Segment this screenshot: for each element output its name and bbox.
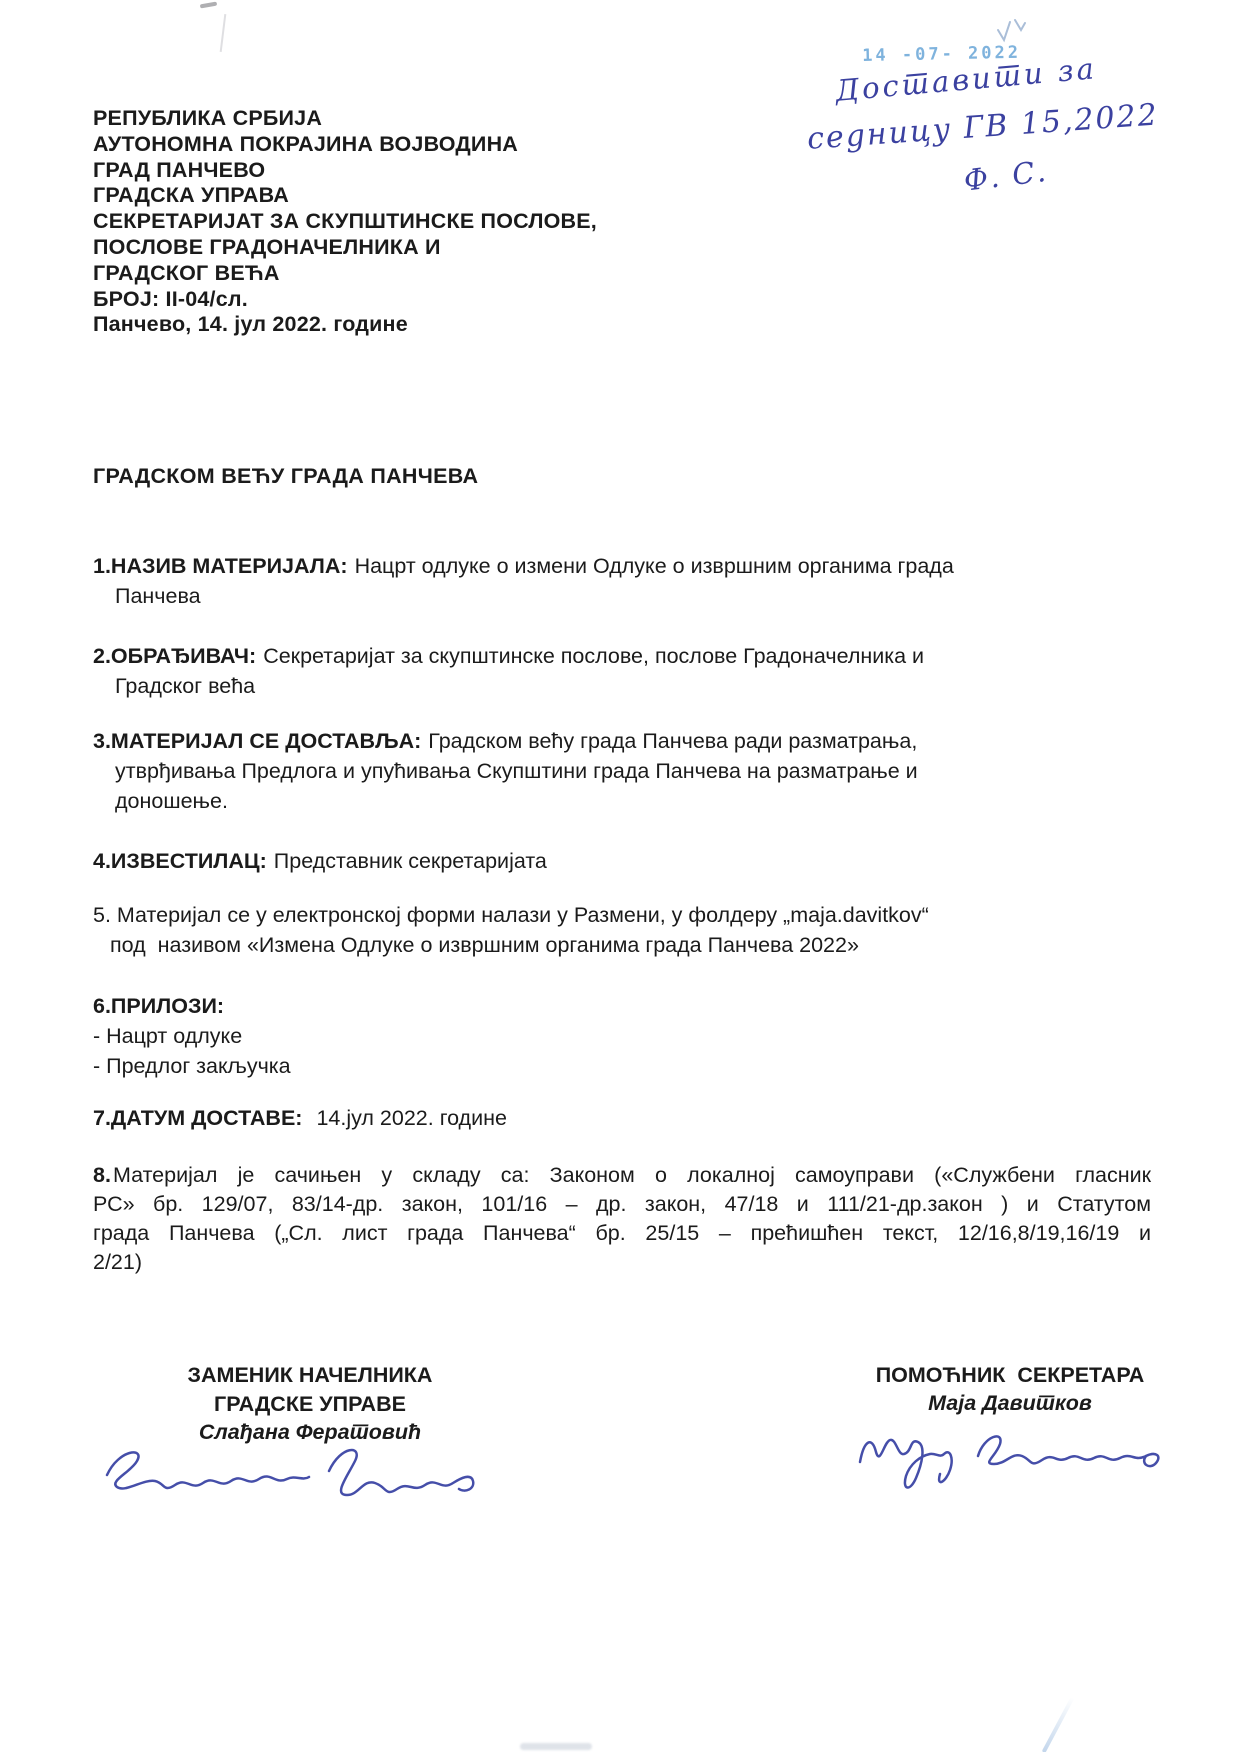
item-1-material-name: 1.НАЗИВ МАТЕРИЈАЛА:Нацрт одлуке о измени…: [93, 551, 1151, 611]
signatory-role-line: ЗАМЕНИК НАЧЕЛНИКА: [148, 1361, 472, 1390]
item-3-delivered-to: 3.МАТЕРИЈАЛ СЕ ДОСТАВЉА:Градском већу гр…: [93, 726, 1151, 816]
item-6-attachments: 6.ПРИЛОЗИ: - Нацрт одлуке - Предлог закљ…: [93, 991, 1151, 1081]
item-text-line: доношење.: [115, 786, 1151, 816]
item-text: Нацрт одлуке о измени Одлуке о извршним …: [355, 554, 954, 578]
item-label: 6.ПРИЛОЗИ:: [93, 994, 224, 1018]
letterhead: РЕПУБЛИКА СРБИЈА АУТОНОМНА ПОКРАЈИНА ВОЈ…: [93, 106, 597, 338]
signature-maja-davitkov: [850, 1410, 1180, 1500]
letterhead-line-secretariat-3: ГРАДСКОГ ВЕЋА: [93, 261, 597, 287]
handwritten-note-line-2: седницу ГВ 15,2022: [806, 97, 1160, 156]
addressee-title: ГРАДСКОМ ВЕЋУ ГРАДА ПАНЧЕВА: [93, 464, 478, 489]
letterhead-line-republic: РЕПУБЛИКА СРБИЈА: [93, 106, 597, 132]
pen-scribble-mark: [995, 14, 1029, 46]
item-label: 8.: [93, 1163, 111, 1187]
item-text: Секретаријат за скупштинске послове, пос…: [263, 644, 924, 668]
signatory-role-line: ПОМОЋНИК СЕКРЕТАРА: [828, 1361, 1192, 1389]
item-text-line: 6.ПРИЛОЗИ:: [93, 991, 1151, 1021]
item-text-line: Панчева: [115, 581, 1151, 611]
item-text-line: 2/21): [93, 1248, 1151, 1277]
scan-artifact-scratch: [220, 14, 227, 52]
signature-slatjana-feratovic: [97, 1437, 477, 1529]
item-7-delivery-date: 7.ДАТУМ ДОСТАВЕ:14.јул 2022. године: [93, 1103, 1151, 1133]
item-text-line: града Панчева („Сл. лист града Панчева“ …: [93, 1219, 1151, 1248]
item-text-line: Градског већа: [115, 671, 1151, 701]
scan-artifact-blue-streak: [1042, 1697, 1075, 1752]
item-5-electronic-location: 5. Материјал се у електронској форми нал…: [93, 900, 1151, 960]
letterhead-line-date: Панчево, 14. јул 2022. године: [93, 312, 597, 338]
scan-artifact-smudge: [520, 1743, 592, 1750]
scan-artifact-top-left: [200, 2, 217, 9]
item-text-line: 4.ИЗВЕСТИЛАЦ:Представник секретаријата: [93, 846, 1151, 876]
item-text-line: 3.МАТЕРИЈАЛ СЕ ДОСТАВЉА:Градском већу гр…: [93, 726, 1151, 756]
signature-block-left: ЗАМЕНИК НАЧЕЛНИКА ГРАДСКЕ УПРАВЕ Слађана…: [148, 1361, 472, 1447]
item-label: 7.ДАТУМ ДОСТАВЕ:: [93, 1106, 302, 1130]
item-label: 4.ИЗВЕСТИЛАЦ:: [93, 849, 267, 873]
item-text-line: утврђивања Предлога и упућивања Скупштин…: [115, 756, 1151, 786]
item-text: 14.јул 2022. године: [316, 1106, 506, 1130]
item-8-legal-basis: 8.Материјал је сачињен у складу са: Зако…: [93, 1161, 1151, 1277]
item-text: Представник секретаријата: [274, 849, 547, 873]
attachment-line: - Предлог закључка: [93, 1051, 1151, 1081]
letterhead-line-province: АУТОНОМНА ПОКРАЈИНА ВОЈВОДИНА: [93, 132, 597, 158]
letterhead-line-number: БРОЈ: II-04/сл.: [93, 287, 597, 313]
letterhead-line-city: ГРАД ПАНЧЕВО: [93, 158, 597, 184]
signature-block-right: ПОМОЋНИК СЕКРЕТАРА Маја Давитков: [828, 1361, 1192, 1417]
handwritten-initials: Ф. С.: [962, 154, 1049, 198]
item-label: 2.ОБРАЂИВАЧ:: [93, 644, 256, 668]
signatory-role-line: ГРАДСКЕ УПРАВЕ: [148, 1390, 472, 1419]
item-text-line: 1.НАЗИВ МАТЕРИЈАЛА:Нацрт одлуке о измени…: [93, 551, 1151, 581]
item-label: 3.МАТЕРИЈАЛ СЕ ДОСТАВЉА:: [93, 729, 421, 753]
letterhead-line-secretariat-2: ПОСЛОВЕ ГРАДОНАЧЕЛНИКА И: [93, 235, 597, 261]
item-2-processor: 2.ОБРАЂИВАЧ:Секретаријат за скупштинске …: [93, 641, 1151, 701]
item-label: 1.НАЗИВ МАТЕРИЈАЛА:: [93, 554, 348, 578]
item-text: Материјал је сачињен у складу са: Законо…: [113, 1163, 1151, 1187]
item-4-rapporteur: 4.ИЗВЕСТИЛАЦ:Представник секретаријата: [93, 846, 1151, 876]
scanned-document-page: 14 -07- 2022 Доставити за седницу ГВ 15,…: [0, 0, 1240, 1752]
item-text-line: под називом «Измена Одлуке о извршним ор…: [110, 930, 1151, 960]
item-text-line: 7.ДАТУМ ДОСТАВЕ:14.јул 2022. године: [93, 1103, 1151, 1133]
item-text-line: РС» бр. 129/07, 83/14-др. закон, 101/16 …: [93, 1190, 1151, 1219]
letterhead-line-administration: ГРАДСКА УПРАВА: [93, 183, 597, 209]
item-text-line: 5. Материјал се у електронској форми нал…: [93, 900, 1151, 930]
letterhead-line-secretariat-1: СЕКРЕТАРИЈАТ ЗА СКУПШТИНСКЕ ПОСЛОВЕ,: [93, 209, 597, 235]
item-text-line: 8.Материјал је сачињен у складу са: Зако…: [93, 1161, 1151, 1190]
item-text-line: 2.ОБРАЂИВАЧ:Секретаријат за скупштинске …: [93, 641, 1151, 671]
attachment-line: - Нацрт одлуке: [93, 1021, 1151, 1051]
item-text: Градском већу града Панчева ради разматр…: [428, 729, 917, 753]
